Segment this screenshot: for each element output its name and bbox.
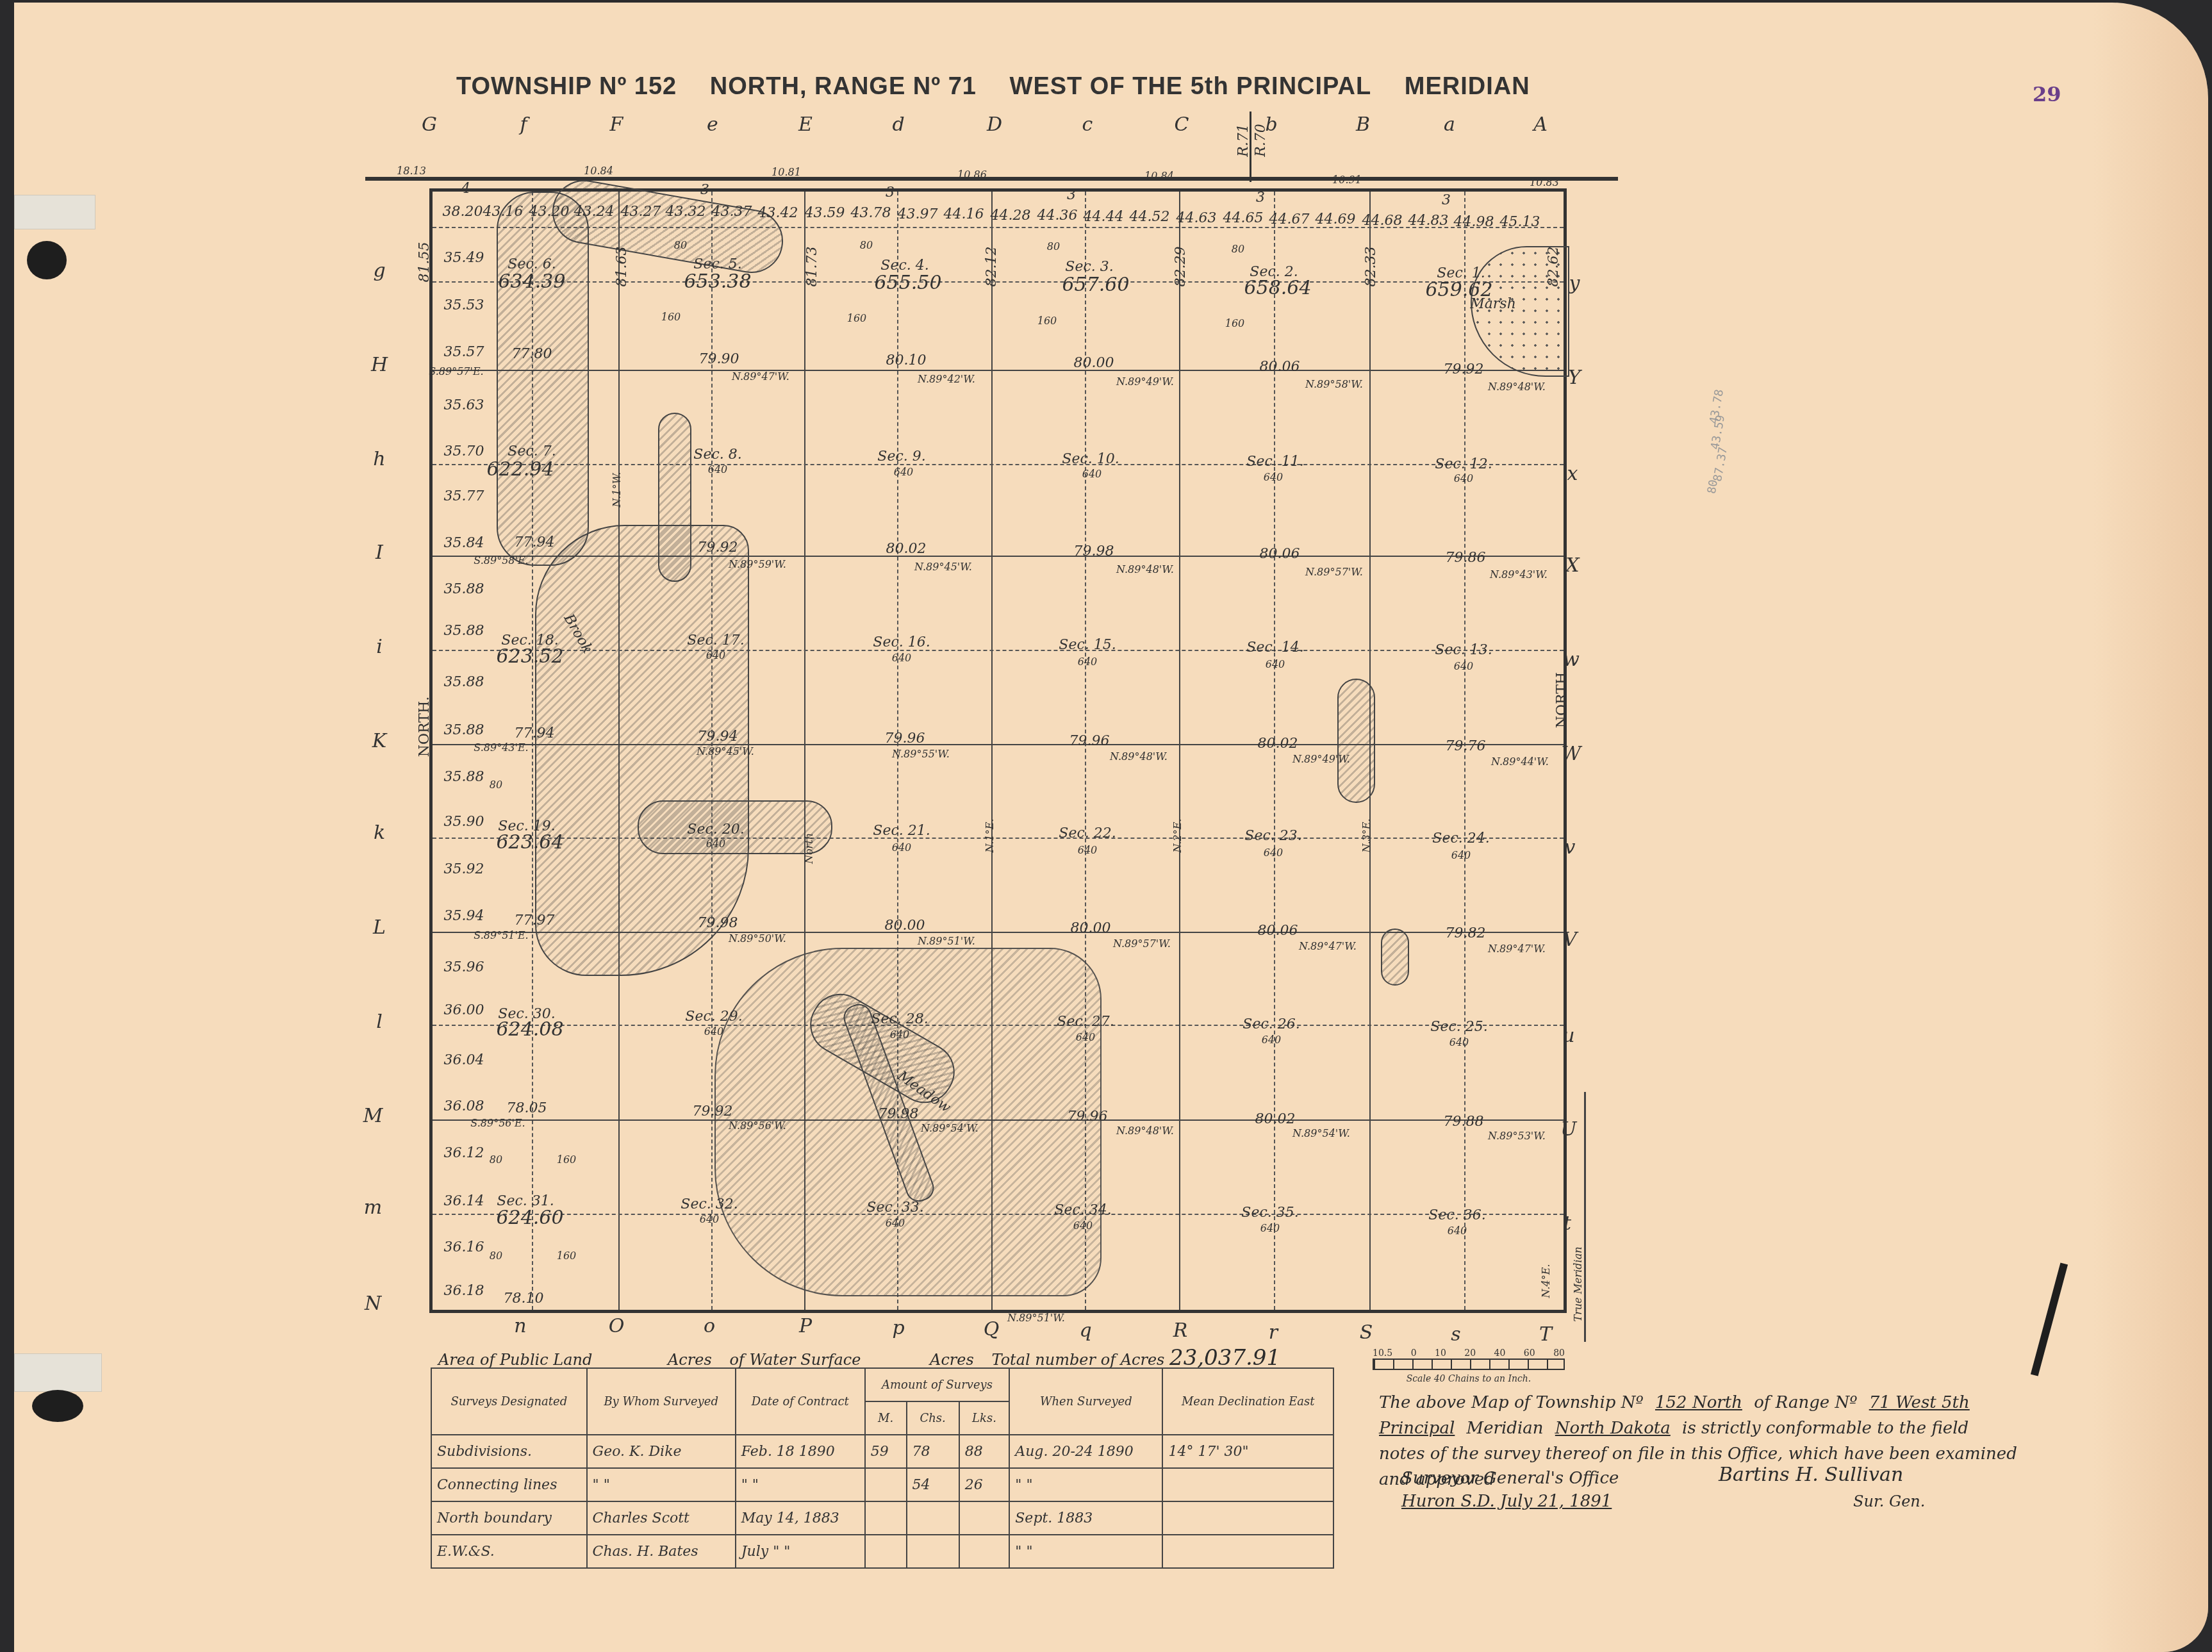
- cert-principal: Principal: [1379, 1419, 1455, 1438]
- cert-text: is strictly conformable to the field: [1682, 1419, 1969, 1438]
- marsh-label: Marsh: [1470, 296, 1516, 312]
- section-acres: 640: [1078, 656, 1098, 668]
- lot-acreage: 36.12: [444, 1145, 484, 1161]
- lot-number: 3: [1442, 192, 1451, 208]
- section-acres: 640: [892, 841, 912, 854]
- chain-value: 77.94: [515, 534, 555, 550]
- bearing: N.89°50'W.: [729, 932, 786, 945]
- bearing: N.89°54'W.: [1292, 1127, 1350, 1139]
- lot-acreage: 43.59: [805, 205, 845, 221]
- section-label: Sec. 29.: [685, 1009, 742, 1025]
- bearing: N.89°48'W.: [1116, 1125, 1174, 1137]
- row-letter: N: [365, 1293, 381, 1315]
- paper-edge-shading: [2093, 3, 2208, 1652]
- section-label: Sec. 33.: [866, 1200, 923, 1216]
- lot-acreage: 44.36: [1037, 208, 1078, 224]
- survey-table: Surveys Designated By Whom Surveyed Date…: [431, 1367, 1334, 1569]
- true-meridian-label: True Meridian: [1572, 1247, 1584, 1322]
- north-boundary-line: [365, 177, 1618, 181]
- lot-acreage: 35.53: [444, 297, 484, 313]
- bearing: N.89°56'W.: [729, 1119, 786, 1132]
- col-letter: a: [1444, 113, 1455, 136]
- boundary-chain: 18.13: [397, 165, 426, 177]
- cell: 78: [907, 1435, 959, 1468]
- quarter-acres: 80: [1047, 240, 1060, 252]
- cell: 59: [865, 1435, 907, 1468]
- binder-hole-bottom: [32, 1390, 83, 1422]
- chain-value: 79.96: [885, 731, 925, 747]
- cell: " ": [1009, 1535, 1162, 1568]
- section-line: [433, 370, 1564, 371]
- col-letter: T: [1539, 1323, 1552, 1346]
- row-letter: x: [1567, 463, 1578, 485]
- section-label: Sec. 20.: [687, 822, 744, 838]
- col-letter: o: [704, 1315, 715, 1337]
- col-letter: q: [1079, 1319, 1091, 1342]
- total-acres-value: 23,037.91: [1169, 1345, 1280, 1371]
- surveyor-office-block: Surveyor General's Office Huron S.D. Jul…: [1401, 1467, 1619, 1513]
- cell: Connecting lines: [431, 1468, 587, 1501]
- cell: Geo. K. Dike: [587, 1435, 736, 1468]
- scale-tick: 0: [1411, 1348, 1417, 1359]
- cell: May 14, 1883: [736, 1501, 865, 1535]
- page-title: TOWNSHIP Nº 152 NORTH, RANGE Nº 71 WEST …: [456, 73, 1556, 101]
- chain-value: 79.82: [1446, 925, 1486, 941]
- quarter-acres: 80: [1232, 243, 1244, 255]
- table-row: Connecting lines " " " " 54 26 " ": [431, 1468, 1333, 1501]
- section-label: Sec. 35.: [1241, 1205, 1298, 1221]
- bearing: N.89°53'W.: [1488, 1130, 1546, 1142]
- coulee-hatching: [497, 192, 589, 566]
- lot-acreage: 35.88: [444, 722, 484, 738]
- section-acres: 640: [890, 1028, 910, 1041]
- meridian-label: N.2°E.: [1171, 818, 1184, 852]
- row-letter: l: [376, 1011, 383, 1033]
- section-acres: 640: [1073, 1219, 1093, 1232]
- col-header: Amount of Surveys: [865, 1368, 1010, 1401]
- section-acres: 640: [1264, 847, 1283, 859]
- area-summary: Area of Public Land Acres of Water Surfa…: [438, 1345, 1280, 1371]
- lot-number: 4: [461, 181, 470, 197]
- section-acres: 640: [1082, 468, 1102, 480]
- col-letter: F: [610, 113, 623, 136]
- true-meridian-line: [1584, 1092, 1586, 1342]
- cell: Aug. 20-24 1890: [1009, 1435, 1162, 1468]
- office-name: Surveyor General's Office: [1401, 1467, 1619, 1490]
- chain-value: 79.92: [693, 1103, 733, 1119]
- section-acres: 640: [894, 466, 914, 478]
- col-letter: E: [798, 113, 813, 136]
- table-header: Surveys Designated By Whom Surveyed Date…: [431, 1368, 1333, 1401]
- col-letter: p: [892, 1317, 904, 1339]
- boundary-chain: 10.81: [772, 166, 801, 178]
- cell: [959, 1535, 1010, 1568]
- quarter-line: [433, 464, 1564, 465]
- township-plat: [429, 188, 1567, 1313]
- section-acres: 640: [706, 649, 726, 661]
- section-acres: 640: [1266, 658, 1285, 670]
- bearing: S.89°51'E.: [474, 929, 528, 941]
- cell: 26: [959, 1468, 1010, 1501]
- section-label: Sec. 27.: [1057, 1014, 1114, 1030]
- row-letter: X: [1565, 554, 1579, 577]
- quarter-acres: 160: [1225, 317, 1245, 329]
- section-label: Sec. 14.: [1246, 640, 1303, 656]
- section-acres: 640: [1076, 1031, 1096, 1043]
- bearing: N.89°48'W.: [1116, 563, 1174, 575]
- quarter-acres: 160: [661, 311, 681, 323]
- section-label: Sec. 34.: [1054, 1202, 1111, 1218]
- chain-value: 79.92: [698, 540, 738, 556]
- cell: North boundary: [431, 1501, 587, 1535]
- lot-number: 3: [1067, 187, 1076, 203]
- col-letter: C: [1175, 113, 1189, 136]
- col-letter: Q: [984, 1318, 1000, 1341]
- signature-title: Sur. Gen.: [1853, 1492, 1925, 1510]
- row-letter: m: [364, 1196, 382, 1219]
- meridian-label: N.3°E.: [1360, 818, 1373, 852]
- lot-acreage: 36.18: [444, 1283, 484, 1299]
- row-letter: i: [376, 636, 383, 658]
- section-acres: 622.94: [487, 458, 554, 481]
- row-letter: L: [373, 916, 386, 939]
- quarter-acres: 80: [490, 1250, 502, 1262]
- north-side-chain: 81.73: [804, 247, 820, 287]
- quarter-acres: 160: [557, 1250, 577, 1262]
- section-label: Sec. 24.: [1432, 830, 1489, 847]
- section-label: Sec. 25.: [1430, 1019, 1487, 1035]
- lot-acreage: 44.65: [1223, 210, 1264, 226]
- lot-acreage: 35.88: [444, 674, 484, 690]
- lot-acreage: 44.52: [1130, 209, 1170, 225]
- chain-value: 80.02: [886, 541, 927, 557]
- scale-tick: 40: [1494, 1348, 1506, 1359]
- section-label: Sec. 15.: [1059, 637, 1116, 653]
- quarter-acres: 80: [674, 239, 687, 251]
- pencil-note: 80: [1705, 479, 1721, 495]
- cert-line-2: Principal Meridian North Dakota is stric…: [1379, 1416, 2052, 1441]
- north-side-chain: 81.63: [614, 247, 630, 287]
- lot-number: 3: [886, 185, 895, 201]
- slough: [1337, 679, 1375, 803]
- section-label: Sec. 3.: [1065, 259, 1113, 275]
- cell: E.W.&S.: [431, 1535, 587, 1568]
- scale-tick: 10.5: [1373, 1348, 1392, 1359]
- section-acres: 623.52: [497, 645, 564, 668]
- bearing: N.89°47'W.: [1299, 940, 1357, 952]
- chain-value: 78.05: [507, 1100, 547, 1116]
- title-range: NORTH, RANGE Nº 71: [710, 73, 977, 100]
- quarter-acres: 160: [557, 1153, 577, 1166]
- section-acres: 640: [1454, 472, 1474, 484]
- lot-acreage: 35.88: [444, 769, 484, 785]
- lot-acreage: 35.49: [444, 250, 484, 266]
- title-meridian-ref: WEST OF THE 5th PRINCIPAL: [1010, 73, 1372, 100]
- row-letter: H: [371, 354, 388, 376]
- cell: " ": [1009, 1468, 1162, 1501]
- section-acres: 624.60: [497, 1207, 564, 1229]
- lot-acreage: 36.00: [444, 1002, 484, 1018]
- section-acres: 657.60: [1062, 274, 1130, 296]
- quarter-acres: 80: [490, 1153, 502, 1166]
- chain-value: 80.06: [1260, 359, 1300, 375]
- row-letter: y: [1569, 272, 1580, 295]
- lot-acreage: 35.94: [444, 908, 484, 924]
- cell: Charles Scott: [587, 1501, 736, 1535]
- office-place-date: Huron S.D. July 21, 1891: [1401, 1492, 1612, 1511]
- lot-acreage: 35.90: [444, 814, 484, 830]
- section-acres: 623.64: [497, 831, 564, 854]
- lot-number: 3: [1256, 190, 1265, 206]
- section-label: Sec. 8.: [693, 447, 741, 463]
- section-acres: 653.38: [684, 270, 752, 293]
- section-acres: 640: [706, 838, 726, 850]
- chain-value: 80.06: [1260, 546, 1300, 562]
- lot-acreage: 36.16: [444, 1239, 484, 1255]
- slough: [1381, 929, 1409, 986]
- chain-value: 80.10: [886, 352, 927, 368]
- meridian-label: N.1°E.: [984, 818, 996, 852]
- chain-value: 80.00: [885, 918, 925, 934]
- cell: 14° 17' 30": [1162, 1435, 1333, 1468]
- col-letter: r: [1269, 1321, 1278, 1344]
- section-acres: 634.39: [499, 270, 566, 293]
- bearing: N.89°57'W.: [1113, 938, 1171, 950]
- meridian-label: North: [803, 833, 815, 864]
- cell: [959, 1501, 1010, 1535]
- bearing: N.89°55'W.: [892, 748, 950, 760]
- cert-text: Meridian: [1467, 1419, 1544, 1438]
- scale-tick: 60: [1524, 1348, 1535, 1359]
- lot-acreage: 44.44: [1084, 209, 1124, 225]
- cell: [1162, 1501, 1333, 1535]
- lot-acreage: 44.69: [1316, 211, 1356, 227]
- section-acres: 624.08: [497, 1018, 564, 1041]
- section-acres: 640: [1454, 660, 1474, 672]
- chain-value: 79.98: [698, 915, 738, 931]
- lot-acreage: 43.32: [666, 204, 706, 220]
- section-acres: 655.50: [875, 272, 942, 294]
- bearing: N.89°51'W.: [1007, 1312, 1065, 1324]
- cell: Feb. 18 1890: [736, 1435, 865, 1468]
- chain-value: 77.97: [515, 913, 555, 929]
- bearing: N.89°45'W.: [697, 745, 754, 757]
- lot-acreage: 43.97: [898, 206, 938, 222]
- section-acres: 640: [1448, 1225, 1467, 1237]
- chain-value: 79.90: [699, 351, 739, 367]
- bearing: N.89°49'W.: [1292, 753, 1350, 765]
- bearing: N.89°48'W.: [1110, 750, 1168, 763]
- chain-value: 78.10: [504, 1291, 544, 1307]
- section-label: Sec. 23.: [1244, 828, 1301, 844]
- chain-value: 80.00: [1071, 920, 1111, 936]
- col-letter: c: [1082, 113, 1093, 136]
- section-acres: 640: [1078, 844, 1098, 856]
- table-row: Subdivisions. Geo. K. Dike Feb. 18 1890 …: [431, 1435, 1333, 1468]
- section-label: Sec. 9.: [877, 449, 925, 465]
- lot-acreage: 43.37: [712, 204, 752, 220]
- page-number: 29: [2033, 82, 2061, 106]
- section-label: Sec. 32.: [681, 1196, 738, 1212]
- chain-value: 79.96: [1069, 733, 1110, 749]
- lot-acreage: 45.13: [1500, 214, 1540, 230]
- range-label-left: R.71: [1235, 124, 1251, 157]
- quarter-acres: 80: [860, 239, 873, 251]
- binding-tape-top: [14, 195, 95, 229]
- cell: [907, 1535, 959, 1568]
- lot-acreage: 35.84: [444, 535, 484, 551]
- row-letter: h: [373, 448, 385, 470]
- col-subheader: Chs.: [907, 1401, 959, 1435]
- section-label: Sec. 22.: [1059, 825, 1116, 841]
- section-acres: 640: [1449, 1036, 1469, 1048]
- lot-acreage: 38.20: [443, 204, 483, 220]
- lot-number: 3: [700, 182, 709, 198]
- section-label: Sec. 17.: [687, 632, 744, 648]
- section-acres: 640: [704, 1025, 724, 1037]
- scale-tick: 20: [1464, 1348, 1476, 1359]
- col-letter: O: [609, 1315, 625, 1337]
- col-letter: G: [422, 113, 437, 136]
- lot-acreage: 44.67: [1269, 211, 1310, 227]
- section-label: Sec. 16.: [873, 634, 930, 650]
- cell: Sept. 1883: [1009, 1501, 1162, 1535]
- section-label: Sec. 26.: [1242, 1016, 1300, 1032]
- east-boundary-label: NORTH.: [1554, 668, 1570, 728]
- col-letter: B: [1356, 113, 1370, 136]
- bearing: N.89°44'W.: [1491, 756, 1549, 768]
- col-letter: d: [892, 113, 904, 136]
- lot-acreage: 43.20: [529, 204, 570, 220]
- col-letter: R: [1173, 1319, 1188, 1342]
- map-sheet: TOWNSHIP Nº 152 NORTH, RANGE Nº 71 WEST …: [14, 3, 2208, 1652]
- cell: [865, 1535, 907, 1568]
- bearing: N.89°59'W.: [729, 558, 786, 570]
- col-letter: S: [1360, 1321, 1373, 1344]
- section-acres: 640: [1262, 1034, 1282, 1046]
- lot-acreage: 35.88: [444, 623, 484, 639]
- scale-graduation: [1373, 1359, 1565, 1370]
- cell: July " ": [736, 1535, 865, 1568]
- pencil-note: 87.37: [1711, 446, 1730, 483]
- col-header: Mean Declination East: [1162, 1368, 1333, 1435]
- section-acres: 640: [886, 1217, 905, 1229]
- quarter-acres: 160: [847, 312, 867, 324]
- lot-acreage: 36.08: [444, 1098, 484, 1114]
- bearing: N.89°47'W.: [1488, 943, 1546, 955]
- bearing: N.89°45'W.: [914, 561, 972, 573]
- scale-caption: Scale 40 Chains to an Inch.: [1373, 1374, 1565, 1384]
- row-letter: M: [363, 1105, 383, 1127]
- boundary-chain: 10.84: [584, 165, 613, 177]
- section-label: Sec. 12.: [1435, 456, 1492, 472]
- bearing: S.89°56'E.: [470, 1117, 525, 1129]
- chain-value: 79.94: [698, 729, 738, 745]
- chain-value: 79.98: [1074, 543, 1114, 559]
- binder-hole-top: [27, 241, 67, 279]
- acres-label: Acres: [930, 1351, 974, 1369]
- west-boundary-label: NORTH.: [417, 697, 433, 757]
- cell: Chas. H. Bates: [587, 1535, 736, 1568]
- meridian-label: N.4°E.: [1540, 1264, 1552, 1298]
- row-letter: k: [374, 822, 385, 844]
- section-label: Sec. 7.: [508, 443, 556, 459]
- quarter-acres: 160: [1037, 315, 1057, 327]
- bearing: S.89°57'E.: [429, 365, 483, 377]
- col-letter: A: [1533, 113, 1548, 136]
- chain-value: 79.98: [879, 1106, 919, 1122]
- cell: [1162, 1535, 1333, 1568]
- total-acres-label: Total number of Acres: [991, 1351, 1164, 1369]
- section-label: Sec. 11.: [1246, 454, 1303, 470]
- cell: " ": [736, 1468, 865, 1501]
- lot-acreage: 36.14: [444, 1193, 484, 1209]
- lot-acreage: 43.78: [851, 205, 891, 221]
- section-label: Sec. 28.: [871, 1011, 928, 1027]
- range-label-right: R.70: [1253, 124, 1269, 157]
- range-line: [1250, 112, 1251, 182]
- bearing: S.89°58'E.: [474, 554, 528, 566]
- lot-acreage: 36.04: [444, 1052, 484, 1068]
- section-acres: 640: [1451, 849, 1471, 861]
- cert-line-1: The above Map of Township Nº 152 North o…: [1379, 1390, 2052, 1416]
- section-acres: 658.64: [1244, 277, 1312, 299]
- cert-township: 152 North: [1655, 1393, 1742, 1412]
- bearing: S.89°43'E.: [474, 741, 528, 754]
- lot-acreage: 44.98: [1454, 214, 1494, 230]
- col-letter: f: [520, 113, 527, 136]
- bearing: N.89°54'W.: [921, 1122, 978, 1134]
- col-subheader: M.: [865, 1401, 907, 1435]
- section-acres: 640: [1264, 471, 1283, 483]
- chain-value: 80.00: [1074, 355, 1114, 371]
- section-acres: 640: [700, 1213, 720, 1225]
- north-side-chain: 82.62: [1546, 247, 1562, 287]
- col-header: Date of Contract: [736, 1368, 865, 1435]
- water-surface-label: of Water Surface: [729, 1351, 861, 1369]
- col-header: Surveys Designated: [431, 1368, 587, 1435]
- table-row: E.W.&S. Chas. H. Bates July " " " ": [431, 1535, 1333, 1568]
- col-subheader: Lks.: [959, 1401, 1010, 1435]
- signature: Bartins H. Sullivan: [1719, 1464, 1903, 1486]
- scale-tick: 10: [1435, 1348, 1446, 1359]
- area-public-land-label: Area of Public Land: [438, 1351, 592, 1369]
- bearing: N.89°58'W.: [1305, 378, 1363, 390]
- cert-range: 71 West 5th: [1869, 1393, 1970, 1412]
- slough: [658, 413, 691, 582]
- chain-value: 79.96: [1068, 1109, 1108, 1125]
- bearing: N.89°51'W.: [918, 935, 975, 947]
- lot-acreage: 35.92: [444, 861, 484, 877]
- bearing: N.89°48'W.: [1488, 381, 1546, 393]
- chain-value: 77.80: [512, 346, 552, 362]
- lot-acreage: 35.96: [444, 959, 484, 975]
- row-letter: I: [376, 541, 383, 564]
- section-label: Sec. 36.: [1428, 1207, 1485, 1223]
- cert-text: of Range Nº: [1754, 1393, 1857, 1412]
- lot-acreage: 44.28: [991, 208, 1031, 224]
- lot-acreage: 35.63: [444, 397, 484, 413]
- chain-value: 80.02: [1255, 1111, 1296, 1127]
- chain-value: 79.86: [1446, 550, 1486, 566]
- north-side-chain: 81.55: [417, 242, 433, 283]
- section-acres: 640: [892, 652, 912, 664]
- bearing: N.89°43'W.: [1490, 568, 1548, 581]
- binding-tape-bottom: [14, 1353, 102, 1392]
- section-acres: 640: [1260, 1222, 1280, 1234]
- lot-acreage: 35.88: [444, 581, 484, 597]
- scale-tick: 80: [1553, 1348, 1565, 1359]
